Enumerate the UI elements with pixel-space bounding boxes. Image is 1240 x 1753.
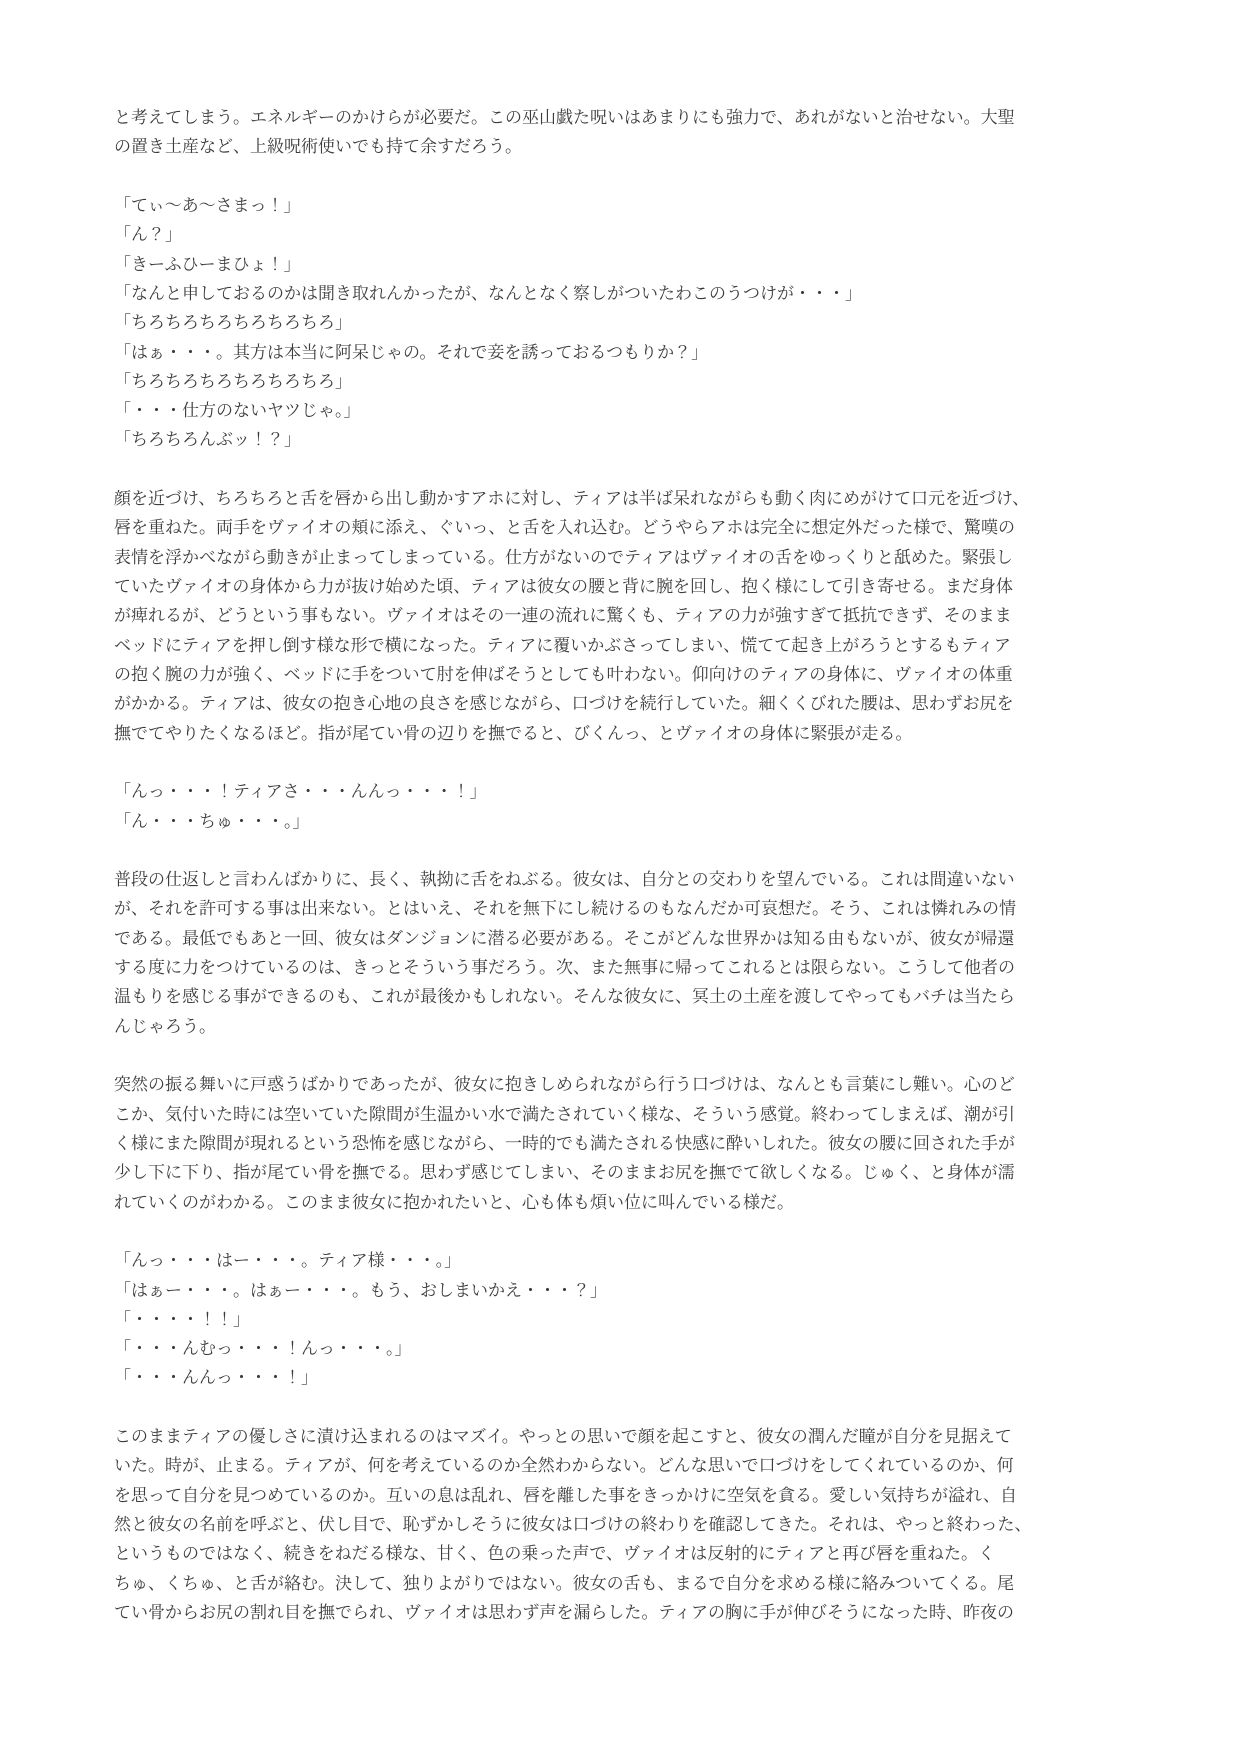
narration-paragraph: 普段の仕返しと言わんばかりに、長く、執拗に舌をねぶる。彼女は、自分との交わりを望… [114,865,1144,1041]
novel-text: と考えてしまう。エネルギーのかけらが必要だ。この巫山戯た呪いはあまりにも強力で、… [114,103,1144,1627]
narration-paragraph: このままティアの優しさに漬け込まれるのはマズイ。やっとの思いで顔を起こすと、彼女… [114,1422,1144,1627]
dialogue-block: 「てぃ〜あ〜さまっ！」 「ん？」 「きーふひーまひょ！」 「なんと申しておるのか… [114,191,1144,455]
document-page: と考えてしまう。エネルギーのかけらが必要だ。この巫山戯た呪いはあまりにも強力で、… [0,0,1240,1753]
narration-paragraph: 顔を近づけ、ちろちろと舌を唇から出し動かすアホに対し、ティアは半ば呆れながらも動… [114,484,1144,748]
dialogue-block: 「んっ・・・はー・・・。ティア様・・・。」 「はぁー・・・。はぁー・・・。もう、… [114,1246,1144,1393]
narration-paragraph: と考えてしまう。エネルギーのかけらが必要だ。この巫山戯た呪いはあまりにも強力で、… [114,103,1144,162]
narration-paragraph: 突然の振る舞いに戸惑うばかりであったが、彼女に抱きしめられながら行う口づけは、な… [114,1070,1144,1217]
dialogue-block: 「んっ・・・！ティアさ・・・んんっ・・・！」 「ん・・・ちゅ・・・。」 [114,777,1144,836]
